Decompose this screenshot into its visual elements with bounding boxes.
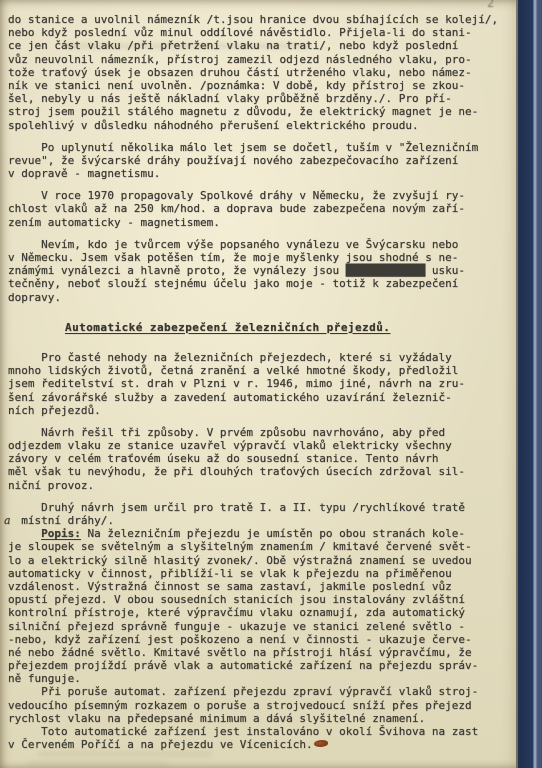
bleed-through-smudge bbox=[38, 751, 213, 757]
paragraph: Při poruše automat. zařízení přejezdu zp… bbox=[8, 685, 516, 725]
handwritten-margin-note: a bbox=[4, 514, 11, 527]
paragraph: Po uplynutí několika málo let jsem se do… bbox=[8, 141, 516, 181]
book-binding-edge bbox=[516, 0, 542, 768]
page-number: 2 bbox=[487, 0, 494, 10]
paragraph: Toto automatické zařízení jest instalová… bbox=[8, 725, 516, 751]
paragraph: Nevím, kdo je tvůrcem výše popsaného vyn… bbox=[8, 238, 516, 304]
paragraph: Pro časté nehody na železničních přejezd… bbox=[8, 351, 516, 417]
paragraph: Návrh řešil tři způsoby. V prvém způsobu… bbox=[8, 426, 516, 492]
scanned-document-page: 2 do stanice a uvolnil námezník /t.jsou … bbox=[0, 0, 542, 768]
paragraph: V roce 1970 propagovaly Spolkové dráhy v… bbox=[8, 189, 516, 229]
paragraph: do stanice a uvolnil námezník /t.jsou hr… bbox=[8, 13, 516, 132]
section-heading: Automatické zabezpečení železničních pře… bbox=[8, 321, 516, 334]
typewritten-text: do stanice a uvolnil námezník /t.jsou hr… bbox=[8, 13, 516, 751]
paragraph: Druhý návrh jsem určil pro tratě I. a II… bbox=[8, 501, 516, 527]
bleed-through-smudge bbox=[28, 761, 168, 766]
paragraph: Popis: Na železničním přejezdu je umístě… bbox=[8, 527, 516, 685]
